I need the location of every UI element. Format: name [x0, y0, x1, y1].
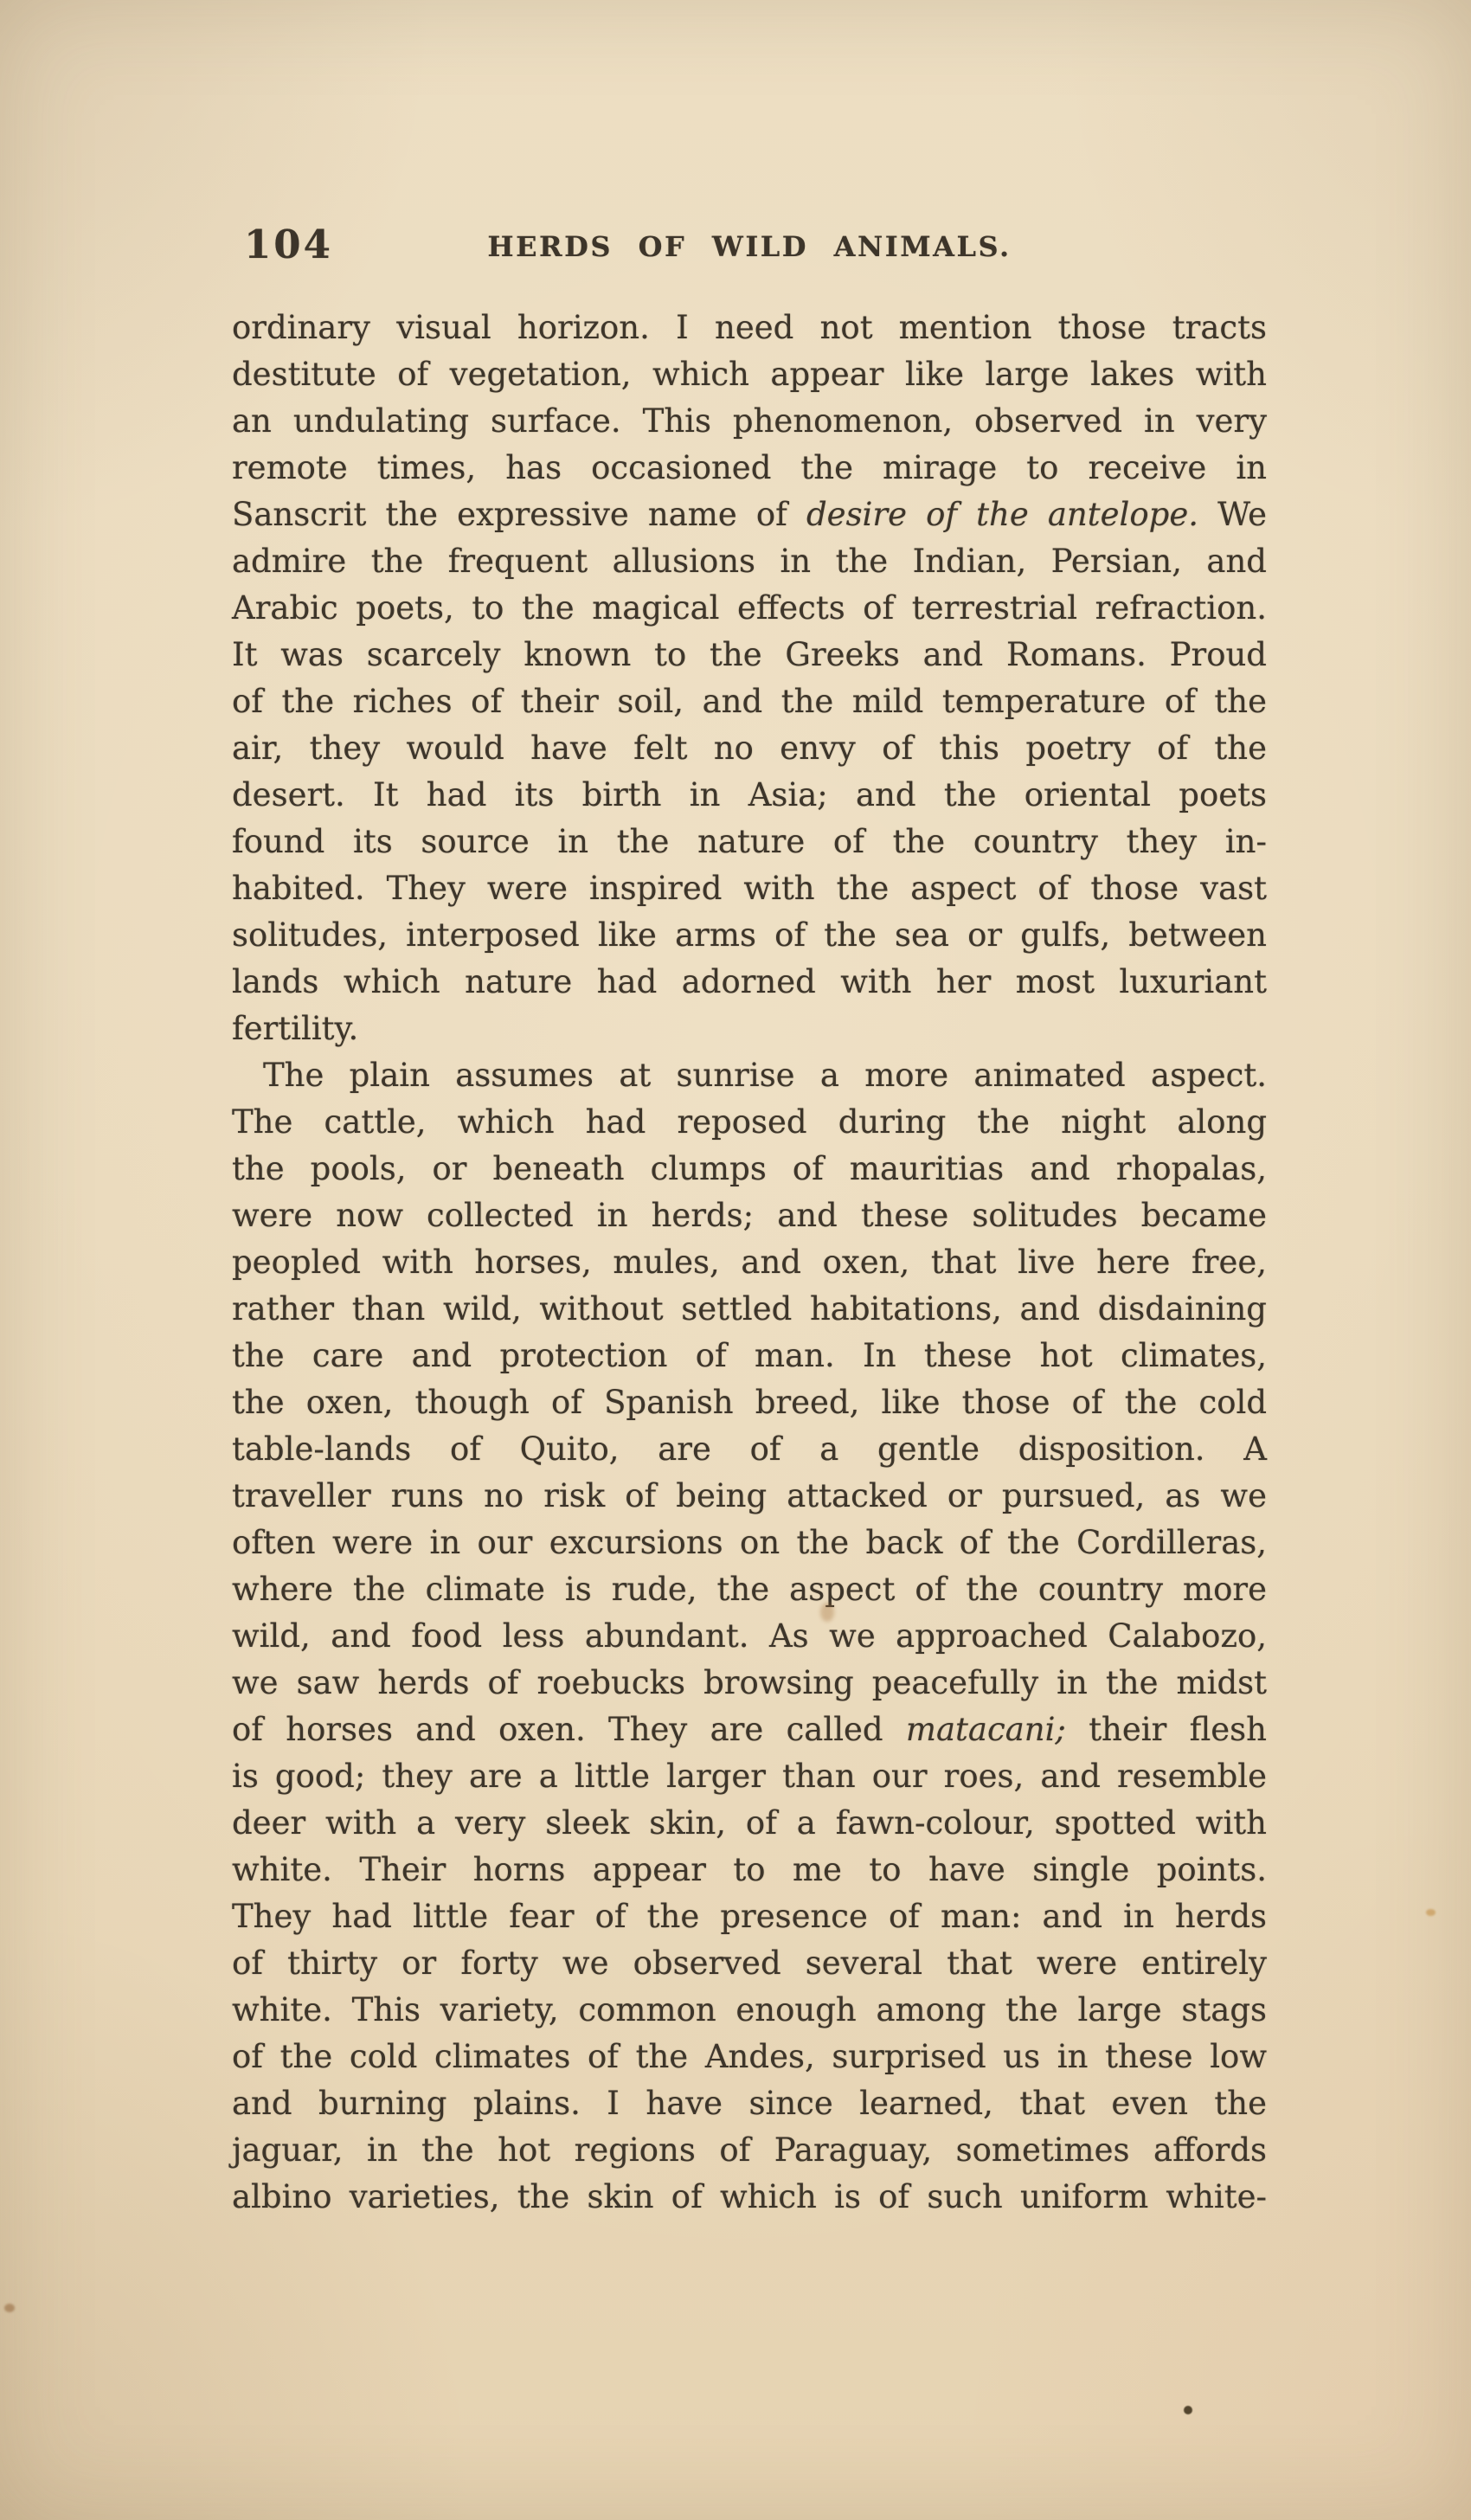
text-line: the care and protection of man. In these… — [232, 1333, 1267, 1379]
text-line: traveller runs no risk of being attacked… — [232, 1473, 1267, 1520]
text-line: rather than wild, without settled habita… — [232, 1286, 1267, 1333]
text-line: The cattle, which had reposed during the… — [232, 1099, 1267, 1146]
text-line: the pools, or beneath clumps of mauritia… — [232, 1146, 1267, 1192]
body-text: ordinary visual horizon. I need not ment… — [232, 305, 1267, 2221]
text-line: Arabic poets, to the magical effects of … — [232, 585, 1267, 632]
text-line: and burning plains. I have since learned… — [232, 2080, 1267, 2127]
paragraph: ordinary visual horizon. I need not ment… — [232, 305, 1267, 1052]
text-line: solitudes, interposed like arms of the s… — [232, 912, 1267, 959]
ink-dot — [1184, 2406, 1192, 2414]
text-line: an undulating surface. This phenomenon, … — [232, 398, 1267, 445]
text-line: The plain assumes at sunrise a more anim… — [232, 1052, 1267, 1099]
paragraph: The plain assumes at sunrise a more anim… — [232, 1052, 1267, 2221]
foxing-speck — [1426, 1909, 1436, 1916]
text-line: ordinary visual horizon. I need not ment… — [232, 305, 1267, 351]
text-line: remote times, has occasioned the mirage … — [232, 445, 1267, 492]
text-line: peopled with horses, mules, and oxen, th… — [232, 1239, 1267, 1286]
foxing-speck — [4, 2304, 15, 2312]
text-line: often were in our excursions on the back… — [232, 1520, 1267, 1566]
text-line: of thirty or forty we observed several t… — [232, 1940, 1267, 1987]
text-line: destitute of vegetation, which appear li… — [232, 351, 1267, 398]
running-header: HERDS OF WILD ANIMALS. — [232, 230, 1267, 263]
text-line: They had little fear of the presence of … — [232, 1893, 1267, 1940]
text-line: is good; they are a little larger than o… — [232, 1753, 1267, 1800]
text-line: white. This variety, common enough among… — [232, 1987, 1267, 2034]
text-line: were now collected in herds; and these s… — [232, 1192, 1267, 1239]
text-line: table-lands of Quito, are of a gentle di… — [232, 1426, 1267, 1473]
text-line: desert. It had its birth in Asia; and th… — [232, 772, 1267, 819]
text-line: of the riches of their soil, and the mil… — [232, 678, 1267, 725]
text-line: jaguar, in the hot regions of Paraguay, … — [232, 2127, 1267, 2174]
text-line: white. Their horns appear to me to have … — [232, 1847, 1267, 1893]
text-line: the oxen, though of Spanish breed, like … — [232, 1379, 1267, 1426]
text-line: found its source in the nature of the co… — [232, 819, 1267, 865]
text-line: habited. They were inspired with the asp… — [232, 865, 1267, 912]
book-page: 104 HERDS OF WILD ANIMALS. ordinary visu… — [0, 0, 1471, 2520]
text-line: air, they would have felt no envy of thi… — [232, 725, 1267, 772]
text-line: we saw herds of roebucks browsing peacef… — [232, 1660, 1267, 1707]
text-line: where the climate is rude, the aspect of… — [232, 1566, 1267, 1613]
text-line: wild, and food less abundant. As we appr… — [232, 1613, 1267, 1660]
text-line: deer with a very sleek skin, of a fawn-c… — [232, 1800, 1267, 1847]
text-line: lands which nature had adorned with her … — [232, 959, 1267, 1006]
text-line: of the cold climates of the Andes, surpr… — [232, 2034, 1267, 2080]
text-line: admire the frequent allusions in the Ind… — [232, 538, 1267, 585]
text-line: albino varieties, the skin of which is o… — [232, 2174, 1267, 2221]
text-line: It was scarcely known to the Greeks and … — [232, 632, 1267, 678]
text-line: Sanscrit the expressive name of desire o… — [232, 492, 1267, 538]
text-line: of horses and oxen. They are called mata… — [232, 1707, 1267, 1753]
paper-stain — [820, 1603, 834, 1622]
text-line: fertility. — [232, 1006, 1267, 1052]
